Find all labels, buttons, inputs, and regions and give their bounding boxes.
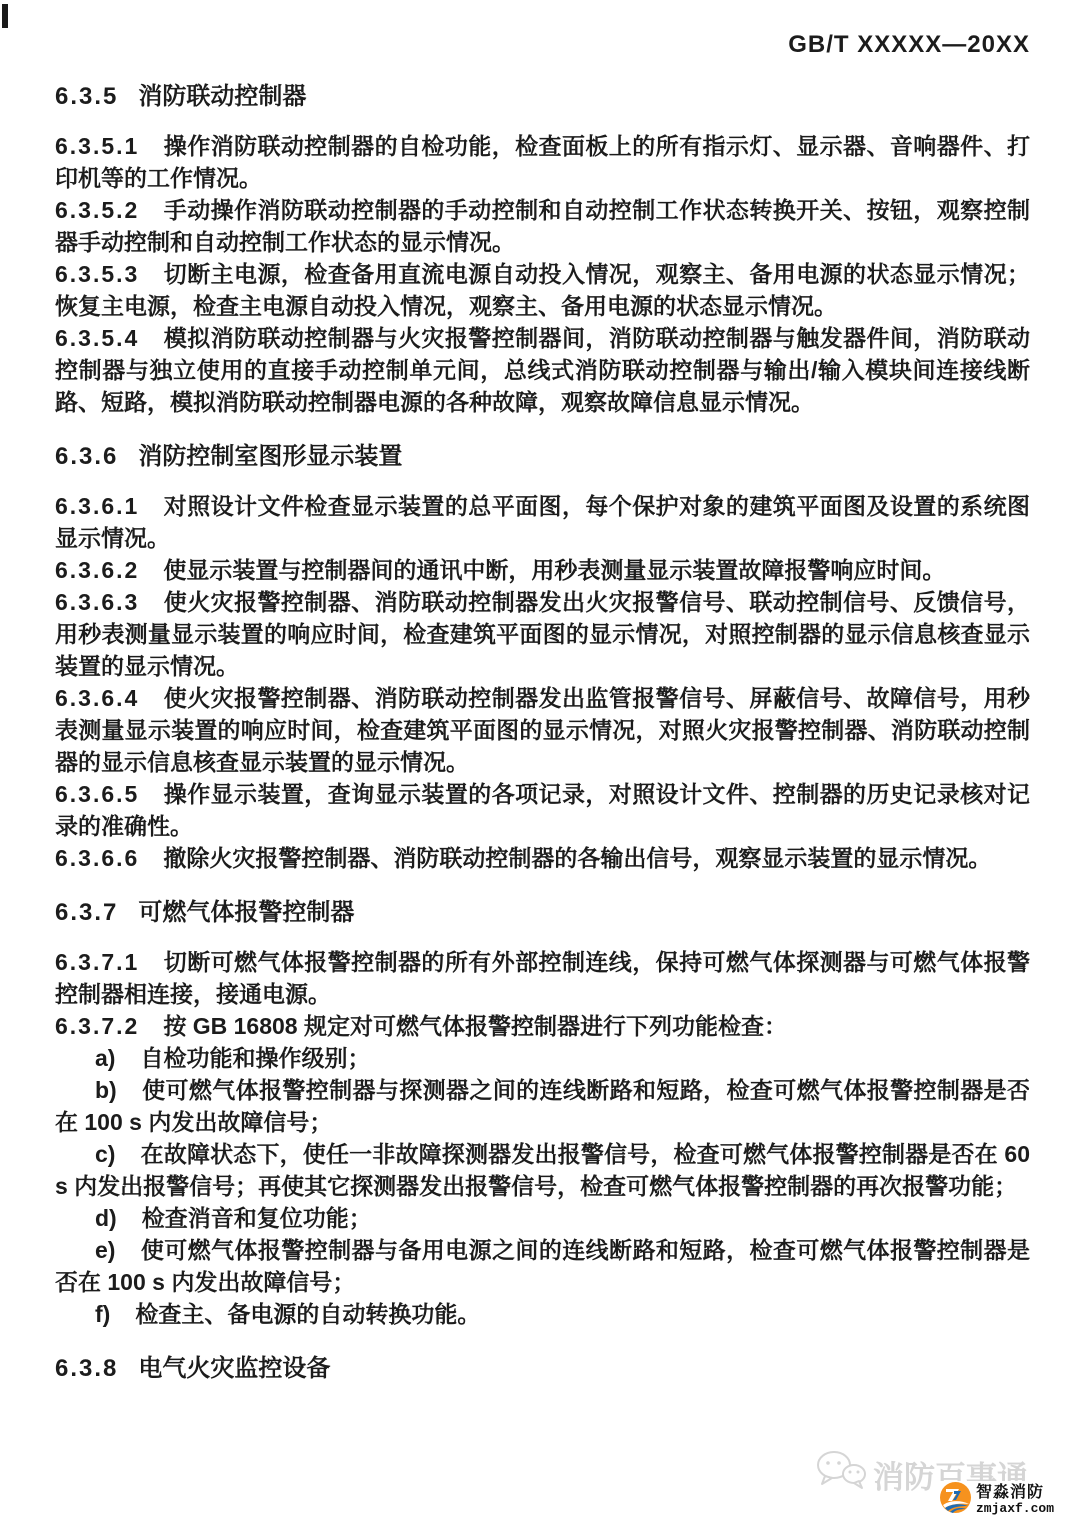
- clause-text: 操作消防联动控制器的自检功能，检查面板上的所有指示灯、显示器、音响器件、打印机等…: [55, 133, 1030, 191]
- logo-brand-name: 智淼消防: [976, 1485, 1054, 1502]
- clause-title: 可燃气体报警控制器: [138, 899, 354, 926]
- clause-6-3-6-3: 6.3.6.3使火灾报警控制器、消防联动控制器发出火灾报警信号、联动控制信号、反…: [55, 586, 1030, 682]
- zm-logo-icon: [939, 1481, 972, 1519]
- list-letter: b): [95, 1077, 117, 1103]
- zmjaxf-logo: 智淼消防 zmjaxf.com: [939, 1481, 1054, 1519]
- list-text: 在故障状态下，使任一非故障探测器发出报警信号，检查可燃气体报警控制器是否在 60…: [55, 1141, 1030, 1199]
- clause-6-3-5-4: 6.3.5.4模拟消防联动控制器与火灾报警控制器间，消防联动控制器与触发器件间，…: [55, 322, 1030, 418]
- document-page: GB/T XXXXX—20XX 6.3.5消防联动控制器 6.3.5.1操作消防…: [0, 0, 1080, 1525]
- clause-heading-6-3-6: 6.3.6消防控制室图形显示装置: [55, 444, 1030, 470]
- clause-number: 6.3.6.4: [55, 685, 139, 711]
- clause-heading-6-3-8: 6.3.8电气火灾监控设备: [55, 1356, 1030, 1382]
- list-letter: a): [95, 1045, 115, 1071]
- clause-number: 6.3.5.4: [55, 325, 139, 351]
- clause-number: 6.3.7.2: [55, 1013, 139, 1039]
- clause-6-3-6-1: 6.3.6.1对照设计文件检查显示装置的总平面图，每个保护对象的建筑平面图及设置…: [55, 490, 1030, 554]
- list-letter: c): [95, 1141, 115, 1167]
- clause-6-3-6-2: 6.3.6.2使显示装置与控制器间的通讯中断，用秒表测量显示装置故障报警响应时间…: [55, 554, 1030, 586]
- clause-number: 6.3.7: [55, 899, 118, 926]
- list-item-c: c)在故障状态下，使任一非故障探测器发出报警信号，检查可燃气体报警控制器是否在 …: [55, 1138, 1030, 1202]
- standard-number-header: GB/T XXXXX—20XX: [55, 32, 1030, 58]
- clause-title: 消防联动控制器: [138, 83, 306, 110]
- clause-title: 消防控制室图形显示装置: [138, 443, 402, 470]
- clause-number: 6.3.8: [55, 1355, 118, 1382]
- clause-text: 对照设计文件检查显示装置的总平面图，每个保护对象的建筑平面图及设置的系统图显示情…: [55, 493, 1030, 551]
- clause-text: 使显示装置与控制器间的通讯中断，用秒表测量显示装置故障报警响应时间。: [163, 557, 945, 583]
- list-item-f: f)检查主、备电源的自动转换功能。: [55, 1298, 1030, 1330]
- clause-number: 6.3.6.1: [55, 493, 139, 519]
- clause-6-3-6-6: 6.3.6.6撤除火灾报警控制器、消防联动控制器的各输出信号，观察显示装置的显示…: [55, 842, 1030, 874]
- clause-text: 按 GB 16808 规定对可燃气体报警控制器进行下列功能检查：: [163, 1013, 787, 1039]
- clause-title: 电气火灾监控设备: [138, 1355, 330, 1382]
- clause-6-3-7-1: 6.3.7.1切断可燃气体报警控制器的所有外部控制连线，保持可燃气体探测器与可燃…: [55, 946, 1030, 1010]
- clause-number: 6.3.5: [55, 83, 118, 110]
- clause-number: 6.3.6.6: [55, 845, 139, 871]
- list-item-e: e)使可燃气体报警控制器与备用电源之间的连线断路和短路，检查可燃气体报警控制器是…: [55, 1234, 1030, 1298]
- clause-number: 6.3.7.1: [55, 949, 139, 975]
- clause-number: 6.3.5.1: [55, 133, 139, 159]
- clause-text: 切断主电源，检查备用直流电源自动投入情况，观察主、备用电源的状态显示情况；恢复主…: [55, 261, 1030, 319]
- clause-6-3-6-5: 6.3.6.5操作显示装置，查询显示装置的各项记录，对照设计文件、控制器的历史记…: [55, 778, 1030, 842]
- list-letter: e): [95, 1237, 115, 1263]
- scan-artifact: [2, 4, 8, 28]
- clause-text: 手动操作消防联动控制器的手动控制和自动控制工作状态转换开关、按钮，观察控制器手动…: [55, 197, 1030, 255]
- clause-6-3-6-4: 6.3.6.4使火灾报警控制器、消防联动控制器发出监管报警信号、屏蔽信号、故障信…: [55, 682, 1030, 778]
- logo-text: 智淼消防 zmjaxf.com: [976, 1485, 1054, 1515]
- clause-text: 模拟消防联动控制器与火灾报警控制器间，消防联动控制器与触发器件间，消防联动控制器…: [55, 325, 1030, 415]
- clause-heading-6-3-7: 6.3.7可燃气体报警控制器: [55, 900, 1030, 926]
- clause-number: 6.3.6.3: [55, 589, 139, 615]
- list-text: 使可燃气体报警控制器与探测器之间的连线断路和短路，检查可燃气体报警控制器是否在 …: [55, 1077, 1030, 1135]
- clause-text: 使火灾报警控制器、消防联动控制器发出火灾报警信号、联动控制信号、反馈信号，用秒表…: [55, 589, 1030, 679]
- list-letter: d): [95, 1205, 117, 1231]
- list-item-b: b)使可燃气体报警控制器与探测器之间的连线断路和短路，检查可燃气体报警控制器是否…: [55, 1074, 1030, 1138]
- clause-number: 6.3.6: [55, 443, 118, 470]
- list-text: 自检功能和操作级别；: [140, 1045, 370, 1071]
- list-letter: f): [95, 1301, 110, 1327]
- clause-number: 6.3.5.2: [55, 197, 139, 223]
- document-content: GB/T XXXXX—20XX 6.3.5消防联动控制器 6.3.5.1操作消防…: [0, 0, 1080, 1382]
- list-text: 使可燃气体报警控制器与备用电源之间的连线断路和短路，检查可燃气体报警控制器是否在…: [55, 1237, 1030, 1295]
- list-item-d: d)检查消音和复位功能；: [55, 1202, 1030, 1234]
- clause-6-3-5-1: 6.3.5.1操作消防联动控制器的自检功能，检查面板上的所有指示灯、显示器、音响…: [55, 130, 1030, 194]
- clause-6-3-5-2: 6.3.5.2手动操作消防联动控制器的手动控制和自动控制工作状态转换开关、按钮，…: [55, 194, 1030, 258]
- clause-6-3-5-3: 6.3.5.3切断主电源，检查备用直流电源自动投入情况，观察主、备用电源的状态显…: [55, 258, 1030, 322]
- list-text: 检查主、备电源的自动转换功能。: [135, 1301, 480, 1327]
- logo-website: zmjaxf.com: [976, 1502, 1054, 1516]
- footer-watermarks: 消防百事通 智淼消防 zmjaxf.com: [824, 1449, 1054, 1521]
- clause-text: 撤除火灾报警控制器、消防联动控制器的各输出信号，观察显示装置的显示情况。: [163, 845, 991, 871]
- clause-heading-6-3-5: 6.3.5消防联动控制器: [55, 84, 1030, 110]
- clause-text: 操作显示装置，查询显示装置的各项记录，对照设计文件、控制器的历史记录核对记录的准…: [55, 781, 1030, 839]
- clause-number: 6.3.6.5: [55, 781, 139, 807]
- clause-text: 切断可燃气体报警控制器的所有外部控制连线，保持可燃气体探测器与可燃气体报警控制器…: [55, 949, 1030, 1007]
- list-text: 检查消音和复位功能；: [142, 1205, 372, 1231]
- chat-bubbles-icon: [815, 1449, 867, 1499]
- clause-6-3-7-2: 6.3.7.2按 GB 16808 规定对可燃气体报警控制器进行下列功能检查：: [55, 1010, 1030, 1042]
- list-item-a: a)自检功能和操作级别；: [55, 1042, 1030, 1074]
- clause-number: 6.3.6.2: [55, 557, 139, 583]
- clause-text: 使火灾报警控制器、消防联动控制器发出监管报警信号、屏蔽信号、故障信号，用秒表测量…: [55, 685, 1030, 775]
- clause-number: 6.3.5.3: [55, 261, 139, 287]
